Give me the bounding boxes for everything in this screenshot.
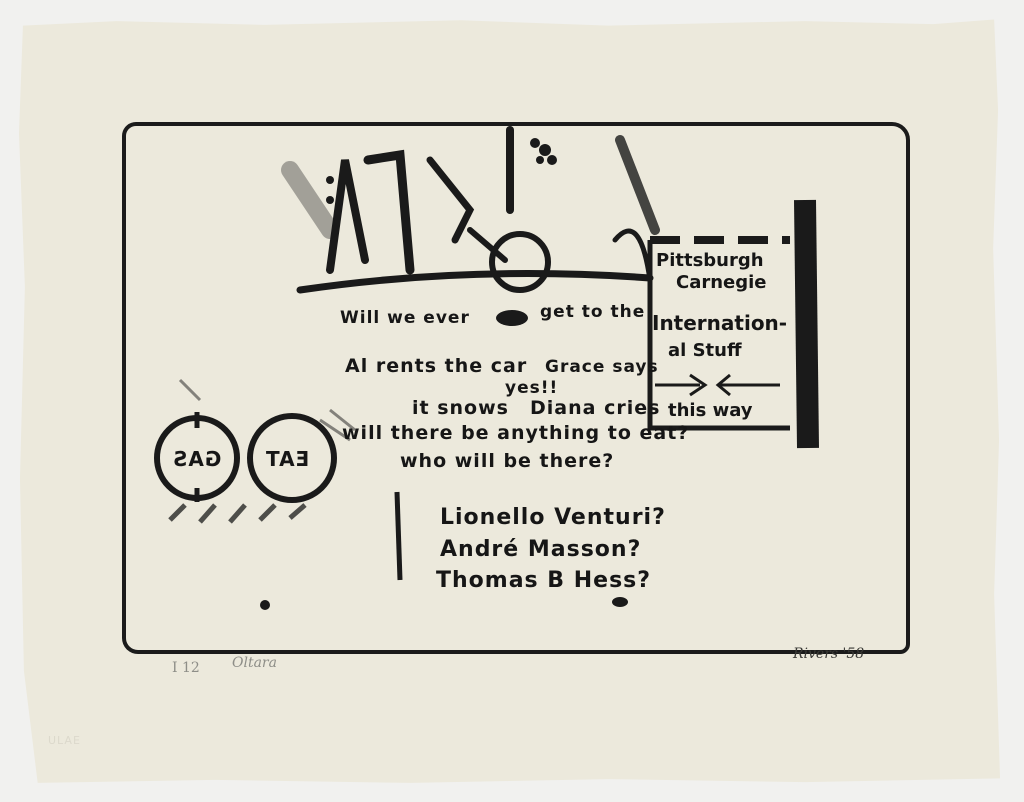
name-venturi: Lionello Venturi?	[440, 505, 666, 530]
text-diana-cries: Diana cries	[530, 397, 660, 419]
text-grace-says: Grace says	[545, 357, 659, 377]
text-al-rents: Al rents the car	[345, 355, 527, 377]
text-yes: yes!!	[505, 378, 558, 398]
text-who-will-be-there: who will be there?	[400, 450, 614, 472]
sign-line-1: Pittsburgh	[656, 250, 764, 272]
circle-label-eat: EAT	[265, 447, 309, 471]
text-it-snows: it snows	[412, 397, 509, 419]
text-anything-to-eat: will there be anything to eat?	[342, 422, 689, 444]
circle-label-gas: GAS	[172, 447, 221, 471]
text-get-to-the: get to the	[540, 302, 645, 322]
text-will-we-ever: Will we ever	[340, 308, 470, 328]
name-masson: André Masson?	[440, 537, 641, 562]
name-hess: Thomas B Hess?	[436, 568, 651, 593]
edition-number: I 12	[172, 660, 200, 676]
sign-direction: this way	[668, 400, 753, 422]
print-title: Oltara	[232, 655, 277, 671]
sign-line-4: al Stuff	[668, 340, 742, 362]
artist-signature: Rivers '58	[793, 646, 864, 662]
sign-line-2: Carnegie	[676, 272, 767, 294]
sign-line-3: Internation-	[652, 312, 787, 334]
blindstamp: ULAE	[48, 734, 81, 747]
